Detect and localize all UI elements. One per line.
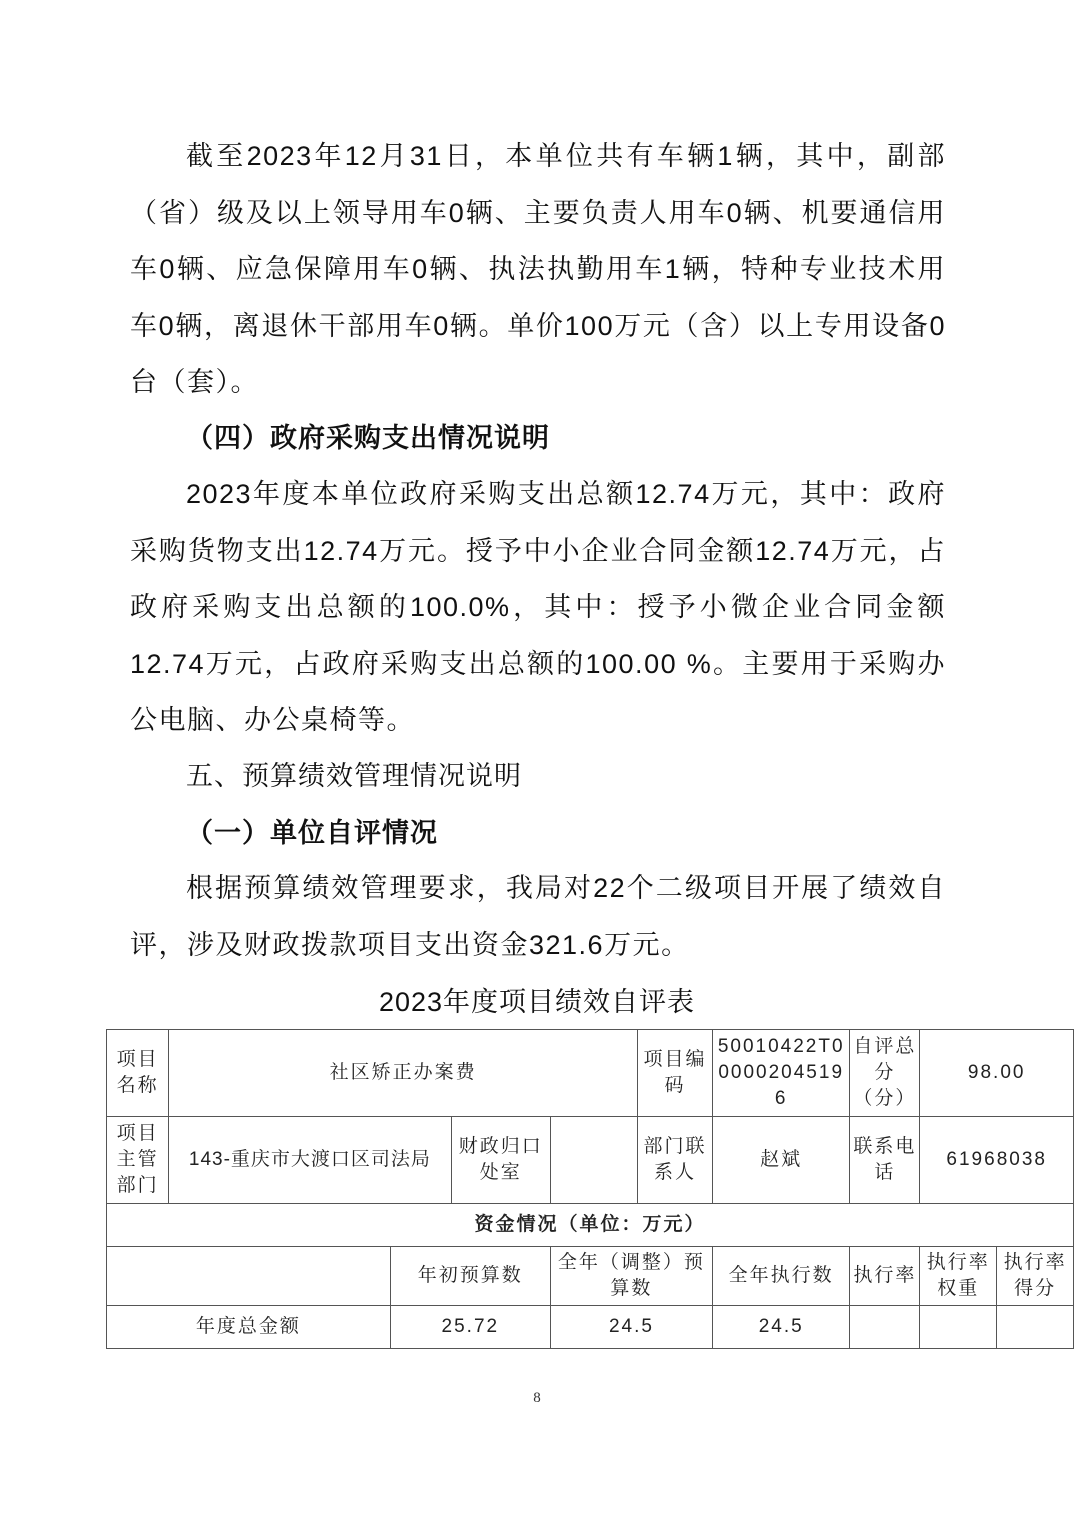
- funds-col-empty: [107, 1247, 391, 1306]
- score-value: 98.00: [920, 1030, 1074, 1117]
- row-initial-budget: 25.72: [390, 1306, 550, 1349]
- table-row: 年度总金额 25.72 24.5 24.5: [107, 1306, 1074, 1349]
- procurement-paragraph: 2023年度本单位政府采购支出总额12.74万元，其中：政府采购货物支出12.7…: [130, 466, 946, 749]
- self-eval-paragraph: 根据预算绩效管理要求，我局对22个二级项目开展了绩效自评，涉及财政拨款项目支出资…: [130, 860, 946, 973]
- funds-col-executed: 全年执行数: [712, 1247, 849, 1306]
- finance-office-label: 财政归口处室: [451, 1117, 550, 1204]
- contact-label: 部门联系人: [638, 1117, 713, 1204]
- funds-col-score: 执行率得分: [997, 1247, 1074, 1306]
- row-executed: 24.5: [712, 1306, 849, 1349]
- self-eval-heading: （一）单位自评情况: [186, 813, 438, 853]
- table-title: 2023年度项目绩效自评表: [0, 982, 1074, 1022]
- row-label: 年度总金额: [107, 1306, 391, 1349]
- row-score: [997, 1306, 1074, 1349]
- finance-office-value: [550, 1117, 637, 1204]
- procurement-heading: （四）政府采购支出情况说明: [186, 418, 550, 458]
- score-label: 自评总分（分）: [850, 1030, 920, 1117]
- dept-value: 143-重庆市大渡口区司法局: [169, 1117, 451, 1204]
- vehicle-paragraph: 截至2023年12月31日，本单位共有车辆1辆，其中，副部（省）级及以上领导用车…: [130, 128, 946, 411]
- phone-label: 联系电话: [850, 1117, 920, 1204]
- row-weight: [920, 1306, 997, 1349]
- row-rate: [850, 1306, 920, 1349]
- project-code-label: 项目编码: [638, 1030, 713, 1117]
- project-name-label: 项目名称: [107, 1030, 169, 1117]
- funds-col-weight: 执行率权重: [920, 1247, 997, 1306]
- funds-col-rate: 执行率: [850, 1247, 920, 1306]
- funds-header: 资金情况（单位：万元）: [107, 1204, 1074, 1247]
- row-adjusted-budget: 24.5: [550, 1306, 712, 1349]
- contact-value: 赵斌: [712, 1117, 849, 1204]
- page-number: 8: [0, 1390, 1074, 1407]
- phone-value: 61968038: [920, 1117, 1074, 1204]
- project-name: 社区矫正办案费: [169, 1030, 638, 1117]
- section5-heading: 五、预算绩效管理情况说明: [186, 756, 522, 796]
- dept-label: 项目主管部门: [107, 1117, 169, 1204]
- funds-col-initial: 年初预算数: [390, 1247, 550, 1306]
- project-code: 50010422T000002045196: [712, 1030, 849, 1117]
- funds-col-adjusted: 全年（调整）预算数: [550, 1247, 712, 1306]
- performance-table: 项目名称 社区矫正办案费 项目编码 50010422T000002045196 …: [106, 1029, 1074, 1349]
